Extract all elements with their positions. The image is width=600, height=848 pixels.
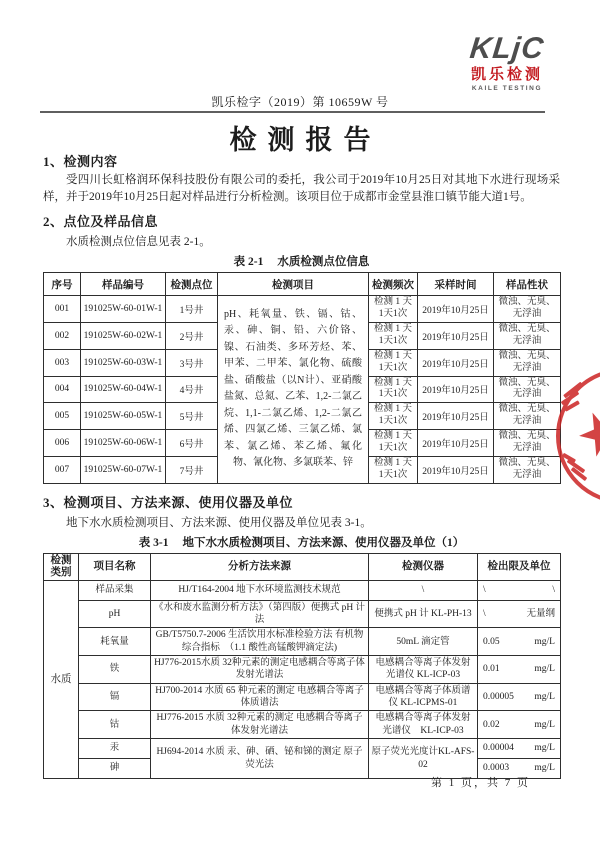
- frequency-cell: 检测 1 天1天1次: [369, 349, 418, 376]
- instrument-cell: 电感耦合等离子体发射光谱仪 KL-ICP-03: [369, 711, 478, 739]
- table-row: 耗氧量 GB/T5750.7-2006 生活饮用水标准检验方法 有机物综合指标 …: [44, 628, 561, 656]
- logo-name-cn: 凯乐检测: [470, 68, 544, 83]
- section-1-paragraph: 受四川长虹格润环保科技股份有限公司的委托，我公司于2019年10月25日对其地下…: [43, 172, 560, 205]
- limit-cell: 0.00004mg/L: [478, 739, 561, 759]
- point-cell: 3号井: [166, 349, 218, 376]
- limit-cell: 0.00005mg/L: [478, 683, 561, 711]
- column-header: 检测频次: [369, 273, 418, 296]
- table-3-1: 检测类别 项目名称 分析方法来源 检测仪器 检出限及单位 水质 样品采集 HJ/…: [43, 553, 561, 780]
- column-header: 项目名称: [79, 553, 151, 580]
- item-cell: 镉: [79, 683, 151, 711]
- section-2-note: 水质检测点位信息见表 2-1。: [43, 233, 560, 249]
- table-row: 汞 HJ694-2014 水质 汞、砷、硒、铋和锑的测定 原子荧光法 原子荧光光…: [44, 739, 561, 759]
- method-cell: HJ700-2014 水质 65 种元素的测定 电感耦合等离子体质谱法: [151, 683, 369, 711]
- point-cell: 2号井: [166, 323, 218, 350]
- sampling-time-cell: 2019年10月25日: [418, 296, 494, 323]
- report-number: 凯乐检字（2019）第 10659W 号: [0, 93, 600, 110]
- seal-stroke: [561, 391, 580, 406]
- instrument-cell: 电感耦合等离子体发射光谱仪 KL-ICP-03: [369, 656, 478, 684]
- sampling-time-cell: 2019年10月25日: [418, 430, 494, 457]
- sampling-time-cell: 2019年10月25日: [418, 349, 494, 376]
- sampling-time-cell: 2019年10月25日: [418, 456, 494, 483]
- character-cell: 微浊、无臭、无浮油: [494, 430, 561, 457]
- section-1-heading: 1、检测内容: [43, 151, 560, 170]
- column-header: 采样时间: [418, 273, 494, 296]
- point-cell: 5号井: [166, 403, 218, 430]
- sample-id-cell: 191025W-60-05W-1: [81, 403, 166, 430]
- limit-cell: \\: [478, 580, 561, 600]
- character-cell: 微浊、无臭、无浮油: [494, 456, 561, 483]
- table-row: 铁 HJ776-2015水质 32种元素的测定电感耦合等离子体发射光谱法 电感耦…: [44, 656, 561, 684]
- caption-label: 表 3-1: [139, 537, 169, 549]
- column-header: 分析方法来源: [151, 553, 369, 580]
- column-header: 序号: [44, 273, 81, 296]
- column-header: 检出限及单位: [478, 553, 561, 580]
- table-header-row: 序号 样品编号 检测点位 检测项目 检测频次 采样时间 样品性状: [44, 273, 561, 296]
- sample-id-cell: 191025W-60-02W-1: [81, 323, 166, 350]
- method-cell: 《水和废水监测分析方法》（第四版）便携式 pH 计法: [151, 600, 369, 628]
- column-header: 检测项目: [218, 273, 369, 296]
- caption-title: 地下水水质检测项目、方法来源、使用仪器及单位（1）: [182, 537, 464, 549]
- sampling-time-cell: 2019年10月25日: [418, 376, 494, 403]
- sample-id-cell: 191025W-60-03W-1: [81, 349, 166, 376]
- character-cell: 微浊、无臭、无浮油: [494, 296, 561, 323]
- column-header: 检测类别: [44, 553, 79, 580]
- frequency-cell: 检测 1 天1天1次: [369, 430, 418, 457]
- instrument-cell: 50mL 滴定管: [369, 628, 478, 656]
- method-cell: HJ776-2015 水质 32种元素的测定 电感耦合等离子体发射光谱法: [151, 711, 369, 739]
- instrument-cell: 原子荧光光度计KL-AFS-02: [369, 739, 478, 779]
- section-3-note: 地下水水质检测项目、方法来源、使用仪器及单位见表 3-1。: [43, 514, 560, 530]
- logo-mark: KLjC: [468, 34, 545, 64]
- seal-stroke: [562, 453, 576, 463]
- frequency-cell: 检测 1 天1天1次: [369, 376, 418, 403]
- table-row: pH 《水和废水监测分析方法》（第四版）便携式 pH 计法 便携式 pH 计 K…: [44, 600, 561, 628]
- item-cell: pH: [79, 600, 151, 628]
- item-cell: 钴: [79, 711, 151, 739]
- caption-label: 表 2-1: [234, 256, 264, 268]
- character-cell: 微浊、无臭、无浮油: [494, 349, 561, 376]
- sample-no-cell: 002: [44, 323, 81, 350]
- sample-no-cell: 001: [44, 296, 81, 323]
- sample-no-cell: 005: [44, 403, 81, 430]
- seal-stroke: [567, 459, 586, 474]
- frequency-cell: 检测 1 天1天1次: [369, 456, 418, 483]
- seal-star-icon: [577, 409, 600, 459]
- seal-stroke: [563, 382, 583, 399]
- table-header-row: 检测类别 项目名称 分析方法来源 检测仪器 检出限及单位: [44, 553, 561, 580]
- character-cell: 微浊、无臭、无浮油: [494, 323, 561, 350]
- items-cell: pH、耗氧量、铁、镉、钴、汞、砷、铜、铅、六价铬、镍、石油类、多环芳烃、苯、甲苯…: [218, 296, 369, 483]
- seal-ring: [556, 368, 600, 504]
- item-cell: 汞: [79, 739, 151, 759]
- page-footer: 第 1 页，共 7 页: [431, 774, 530, 790]
- instrument-cell: 电感耦合等离子体质谱仪 KL-ICPMS-01: [369, 683, 478, 711]
- seal-stroke: [571, 467, 588, 481]
- sample-no-cell: 004: [44, 376, 81, 403]
- table-3-1-caption: 表 3-1地下水水质检测项目、方法来源、使用仪器及单位（1）: [43, 534, 560, 550]
- point-cell: 6号井: [166, 430, 218, 457]
- frequency-cell: 检测 1 天1天1次: [369, 296, 418, 323]
- column-header: 样品性状: [494, 273, 561, 296]
- frequency-cell: 检测 1 天1天1次: [369, 323, 418, 350]
- category-cell: 水质: [44, 580, 79, 778]
- method-cell: HJ694-2014 水质 汞、砷、硒、铋和锑的测定 原子荧光法: [151, 739, 369, 779]
- column-header: 检测点位: [166, 273, 218, 296]
- table-2-1-caption: 表 2-1水质检测点位信息: [43, 253, 560, 269]
- character-cell: 微浊、无臭、无浮油: [494, 376, 561, 403]
- limit-cell: 0.01mg/L: [478, 656, 561, 684]
- sample-no-cell: 003: [44, 349, 81, 376]
- character-cell: 微浊、无臭、无浮油: [494, 403, 561, 430]
- item-cell: 砷: [79, 759, 151, 779]
- point-cell: 4号井: [166, 376, 218, 403]
- caption-title: 水质检测点位信息: [277, 256, 369, 268]
- frequency-cell: 检测 1 天1天1次: [369, 403, 418, 430]
- method-cell: GB/T5750.7-2006 生活饮用水标准检验方法 有机物综合指标 （1.1…: [151, 628, 369, 656]
- sample-id-cell: 191025W-60-04W-1: [81, 376, 166, 403]
- column-header: 样品编号: [81, 273, 166, 296]
- limit-cell: \无量纲: [478, 600, 561, 628]
- point-cell: 1号井: [166, 296, 218, 323]
- report-body: 1、检测内容 受四川长虹格润环保科技股份有限公司的委托，我公司于2019年10月…: [43, 151, 560, 779]
- report-page: KLjC 凯乐检测 KAILE TESTING 凯乐检字（2019）第 1065…: [0, 0, 600, 848]
- sampling-time-cell: 2019年10月25日: [418, 323, 494, 350]
- instrument-cell: \: [369, 580, 478, 600]
- limit-cell: 0.02mg/L: [478, 711, 561, 739]
- method-cell: HJ776-2015水质 32种元素的测定电感耦合等离子体发射光谱法: [151, 656, 369, 684]
- sample-id-cell: 191025W-60-07W-1: [81, 456, 166, 483]
- table-2-1: 序号 样品编号 检测点位 检测项目 检测频次 采样时间 样品性状 001 191…: [43, 272, 561, 483]
- method-cell: HJ/T164-2004 地下水环境监测技术规范: [151, 580, 369, 600]
- item-cell: 铁: [79, 656, 151, 684]
- table-row: 钴 HJ776-2015 水质 32种元素的测定 电感耦合等离子体发射光谱法 电…: [44, 711, 561, 739]
- item-cell: 样品采集: [79, 580, 151, 600]
- section-3-heading: 3、检测项目、方法来源、使用仪器及单位: [43, 492, 560, 511]
- table-row: 水质 样品采集 HJ/T164-2004 地下水环境监测技术规范 \ \\: [44, 580, 561, 600]
- sample-no-cell: 006: [44, 430, 81, 457]
- column-header: 检测仪器: [369, 553, 478, 580]
- table-row: 001 191025W-60-01W-1 1号井 pH、耗氧量、铁、镉、钴、汞、…: [44, 296, 561, 323]
- instrument-cell: 便携式 pH 计 KL-PH-13: [369, 600, 478, 628]
- section-2-heading: 2、点位及样品信息: [43, 211, 560, 230]
- sample-no-cell: 007: [44, 456, 81, 483]
- seal-stroke: [564, 400, 580, 411]
- item-cell: 耗氧量: [79, 628, 151, 656]
- sampling-time-cell: 2019年10月25日: [418, 403, 494, 430]
- sample-id-cell: 191025W-60-01W-1: [81, 296, 166, 323]
- table-row: 镉 HJ700-2014 水质 65 种元素的测定 电感耦合等离子体质谱法 电感…: [44, 683, 561, 711]
- sample-id-cell: 191025W-60-06W-1: [81, 430, 166, 457]
- logo-name-en: KAILE TESTING: [470, 86, 544, 93]
- limit-cell: 0.05mg/L: [478, 628, 561, 656]
- header-rule: [40, 111, 545, 113]
- brand-logo: KLjC 凯乐检测 KAILE TESTING: [470, 34, 544, 93]
- point-cell: 7号井: [166, 456, 218, 483]
